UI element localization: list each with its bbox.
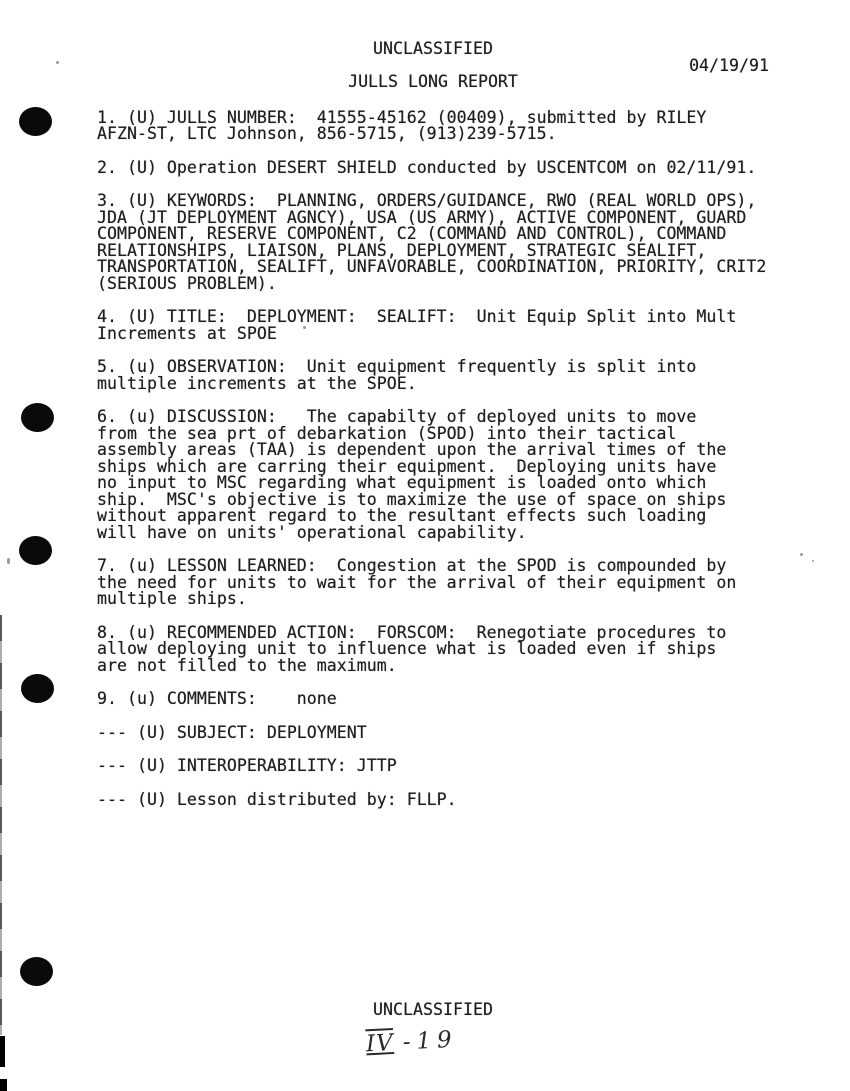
paragraph-4-title: 4. (U) TITLE: DEPLOYMENT: SEALIFT: Unit … <box>97 309 769 342</box>
paragraph-5-observation: 5. (u) OBSERVATION: Unit equipment frequ… <box>97 359 769 392</box>
paragraph-7-lesson-learned: 7. (u) LESSON LEARNED: Congestion at the… <box>97 558 769 608</box>
report-title: JULLS LONG REPORT <box>97 74 769 91</box>
paragraph-6-discussion: 6. (u) DISCUSSION: The capabilty of depl… <box>97 409 769 541</box>
punch-hole <box>20 957 53 986</box>
punch-hole <box>21 403 54 432</box>
paragraph-2-operation: 2. (U) Operation DESERT SHIELD conducted… <box>97 160 769 177</box>
punch-hole <box>19 107 52 136</box>
report-body: UNCLASSIFIED 04/19/91 JULLS LONG REPORT … <box>97 41 769 825</box>
scan-speck-artifact <box>812 560 814 562</box>
scan-edge-bar-artifact <box>0 1036 5 1067</box>
paragraph-8-recommended-action: 8. (u) RECOMMENDED ACTION: FORSCOM: Rene… <box>97 625 769 675</box>
handwritten-page-number: IV-19 <box>366 1032 458 1053</box>
page-number-roman-numeral: IV <box>365 1030 394 1057</box>
punch-hole <box>19 536 52 565</box>
line-subject: --- (U) SUBJECT: DEPLOYMENT <box>97 725 769 742</box>
line-interoperability: --- (U) INTEROPERABILITY: JTTP <box>97 758 769 775</box>
scan-edge-bar-artifact <box>0 1079 7 1091</box>
scan-speck-artifact <box>56 61 59 64</box>
paragraph-9-comments: 9. (u) COMMENTS: none <box>97 691 769 708</box>
page-number-suffix: -19 <box>402 1027 458 1056</box>
scan-edge-line-artifact <box>0 615 2 1035</box>
punch-hole <box>21 674 54 703</box>
paragraph-3-keywords: 3. (U) KEYWORDS: PLANNING, ORDERS/GUIDAN… <box>97 193 769 292</box>
footer-classification: UNCLASSIFIED <box>97 1002 769 1019</box>
paragraph-1-julls-number: 1. (U) JULLS NUMBER: 41555-45162 (00409)… <box>97 110 769 143</box>
scan-speck-artifact <box>800 553 803 556</box>
scan-speck-artifact <box>7 558 10 564</box>
line-lesson-distributed: --- (U) Lesson distributed by: FLLP. <box>97 792 769 809</box>
header-classification: UNCLASSIFIED <box>97 41 769 58</box>
